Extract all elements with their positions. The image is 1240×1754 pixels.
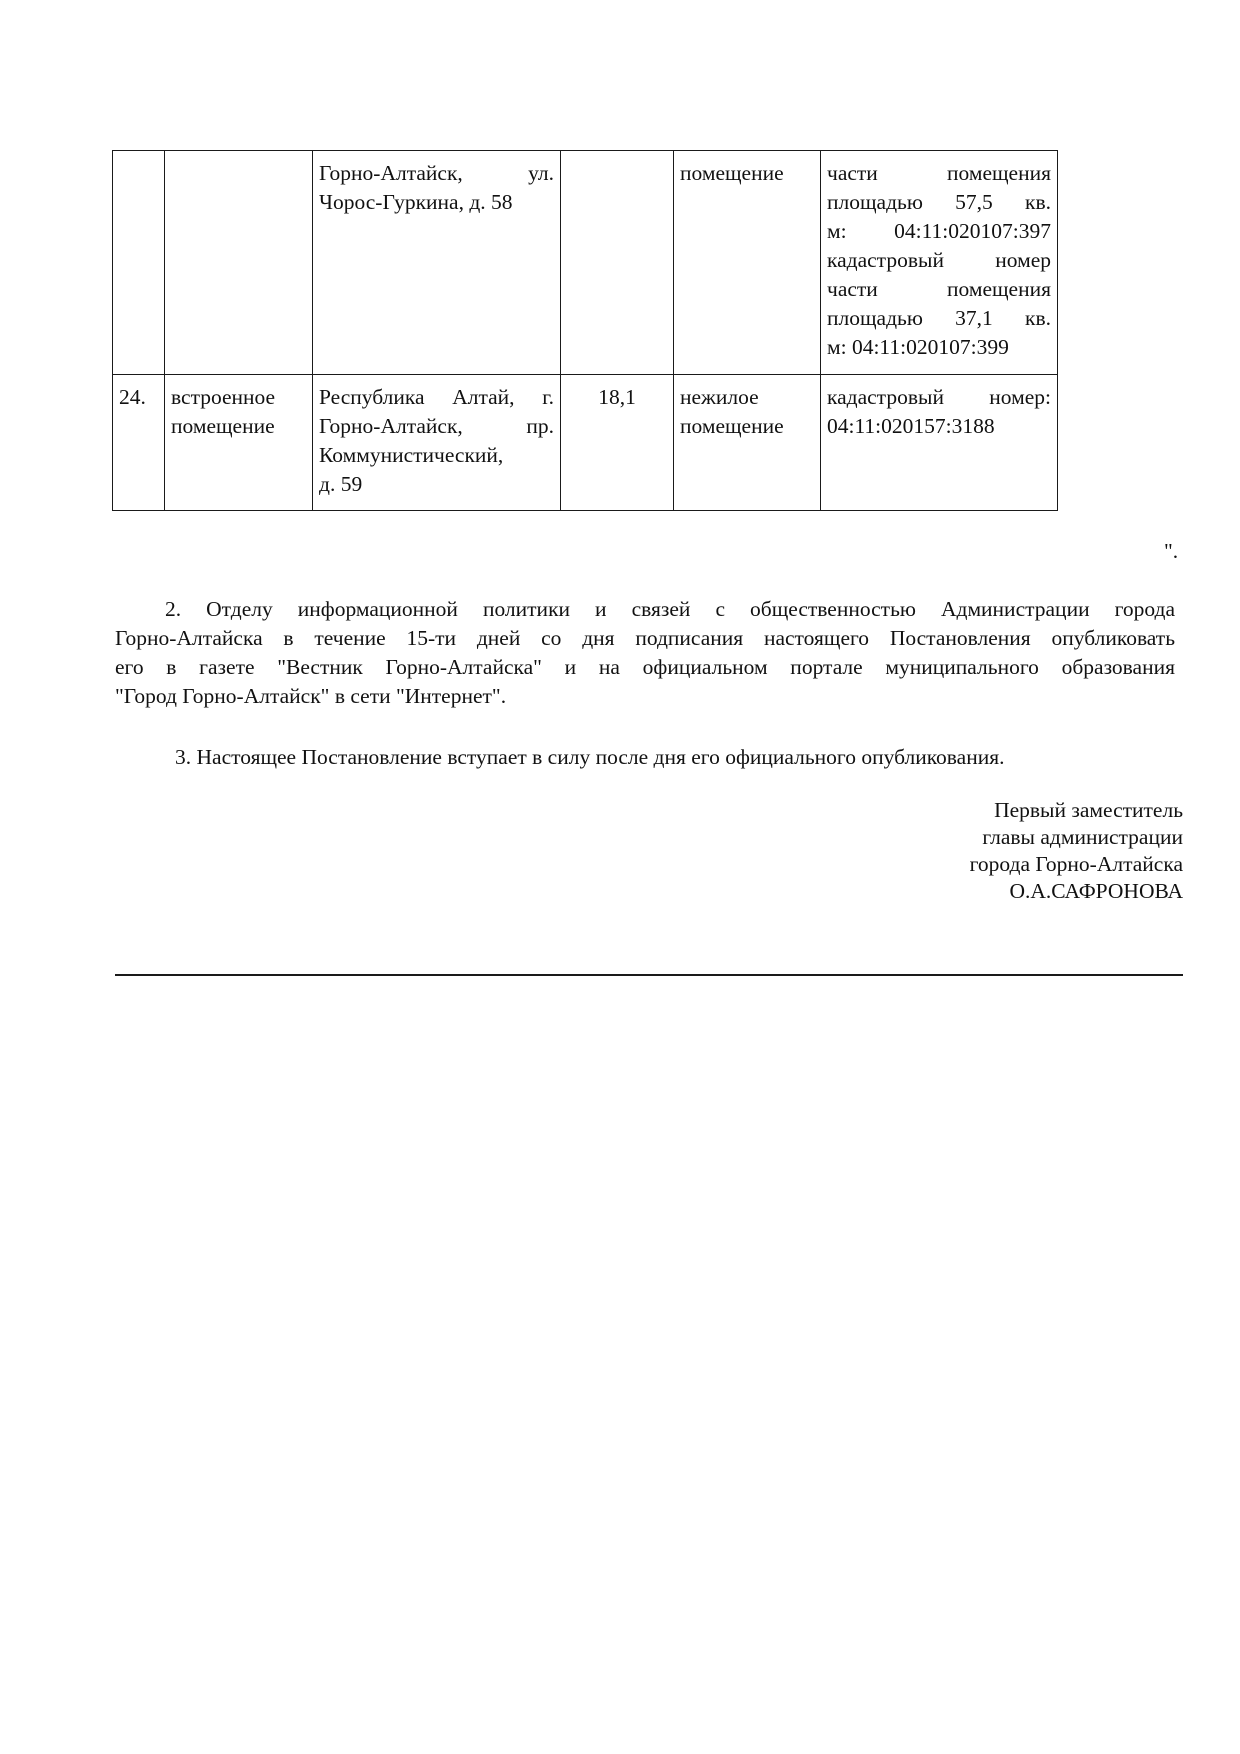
- cell-address: Республика Алтай, г. Горно-Алтайск, пр. …: [313, 375, 561, 511]
- cell-area: 18,1: [561, 375, 674, 511]
- cadastral-line: площадью 57,5 кв.: [827, 188, 1051, 217]
- paragraph-3: 3. Настоящее Постановление вступает в си…: [115, 743, 1175, 772]
- address-line: Горно-Алтайск, ул.: [319, 159, 554, 188]
- cell-area: [561, 151, 674, 375]
- signatory-name: О.А.САФРОНОВА: [970, 878, 1183, 905]
- paragraph-2: 2. Отделу информационной политики и связ…: [115, 595, 1175, 711]
- purpose-line: помещение: [680, 159, 814, 188]
- horizontal-rule: [115, 974, 1183, 976]
- cadastral-line: 04:11:020157:3188: [827, 412, 1051, 441]
- table-row: Горно-Алтайск, ул. Чорос-Гуркина, д. 58 …: [113, 151, 1058, 375]
- cell-number: [113, 151, 165, 375]
- paragraph-line: "Город Горно-Алтайск" в сети "Интернет".: [115, 682, 1175, 711]
- cadastral-line: площадью 37,1 кв.: [827, 304, 1051, 333]
- address-line: Республика Алтай, г.: [319, 383, 554, 412]
- cell-object-type: встроенное помещение: [165, 375, 313, 511]
- address-line: Горно-Алтайск, пр.: [319, 412, 554, 441]
- signature-position-line: Первый заместитель: [970, 797, 1183, 824]
- signature-block: Первый заместитель главы администрации г…: [970, 797, 1183, 905]
- address-line: д. 59: [319, 470, 554, 499]
- cell-purpose: нежилое помещение: [674, 375, 821, 511]
- cell-object-type: [165, 151, 313, 375]
- property-table: Горно-Алтайск, ул. Чорос-Гуркина, д. 58 …: [112, 150, 1058, 511]
- address-line: Коммунистический,: [319, 441, 554, 470]
- cell-address: Горно-Алтайск, ул. Чорос-Гуркина, д. 58: [313, 151, 561, 375]
- cadastral-line: кадастровый номер: [827, 246, 1051, 275]
- cadastral-line: части помещения: [827, 275, 1051, 304]
- cadastral-line: кадастровый номер:: [827, 383, 1051, 412]
- cadastral-line: м: 04:11:020107:399: [827, 333, 1051, 362]
- cadastral-line: части помещения: [827, 159, 1051, 188]
- paragraph-line: его в газете "Вестник Горно-Алтайска" и …: [115, 653, 1175, 682]
- address-line: Чорос-Гуркина, д. 58: [319, 188, 554, 217]
- object-type-line: встроенное: [171, 383, 306, 412]
- purpose-line: помещение: [680, 412, 814, 441]
- cadastral-line: м: 04:11:020107:397: [827, 217, 1051, 246]
- cell-cadastral: части помещения площадью 57,5 кв. м: 04:…: [821, 151, 1058, 375]
- cell-cadastral: кадастровый номер: 04:11:020157:3188: [821, 375, 1058, 511]
- paragraph-line: 2. Отделу информационной политики и связ…: [115, 595, 1175, 624]
- closing-quote: ".: [1164, 537, 1178, 566]
- object-type-line: помещение: [171, 412, 306, 441]
- signature-position-line: города Горно-Алтайска: [970, 851, 1183, 878]
- signature-position-line: главы администрации: [970, 824, 1183, 851]
- purpose-line: нежилое: [680, 383, 814, 412]
- cell-purpose: помещение: [674, 151, 821, 375]
- cell-number: 24.: [113, 375, 165, 511]
- paragraph-line: 3. Настоящее Постановление вступает в си…: [115, 743, 1175, 772]
- document-page: Горно-Алтайск, ул. Чорос-Гуркина, д. 58 …: [0, 0, 1240, 1754]
- paragraph-line: Горно-Алтайска в течение 15-ти дней со д…: [115, 624, 1175, 653]
- table-row: 24. встроенное помещение Республика Алта…: [113, 375, 1058, 511]
